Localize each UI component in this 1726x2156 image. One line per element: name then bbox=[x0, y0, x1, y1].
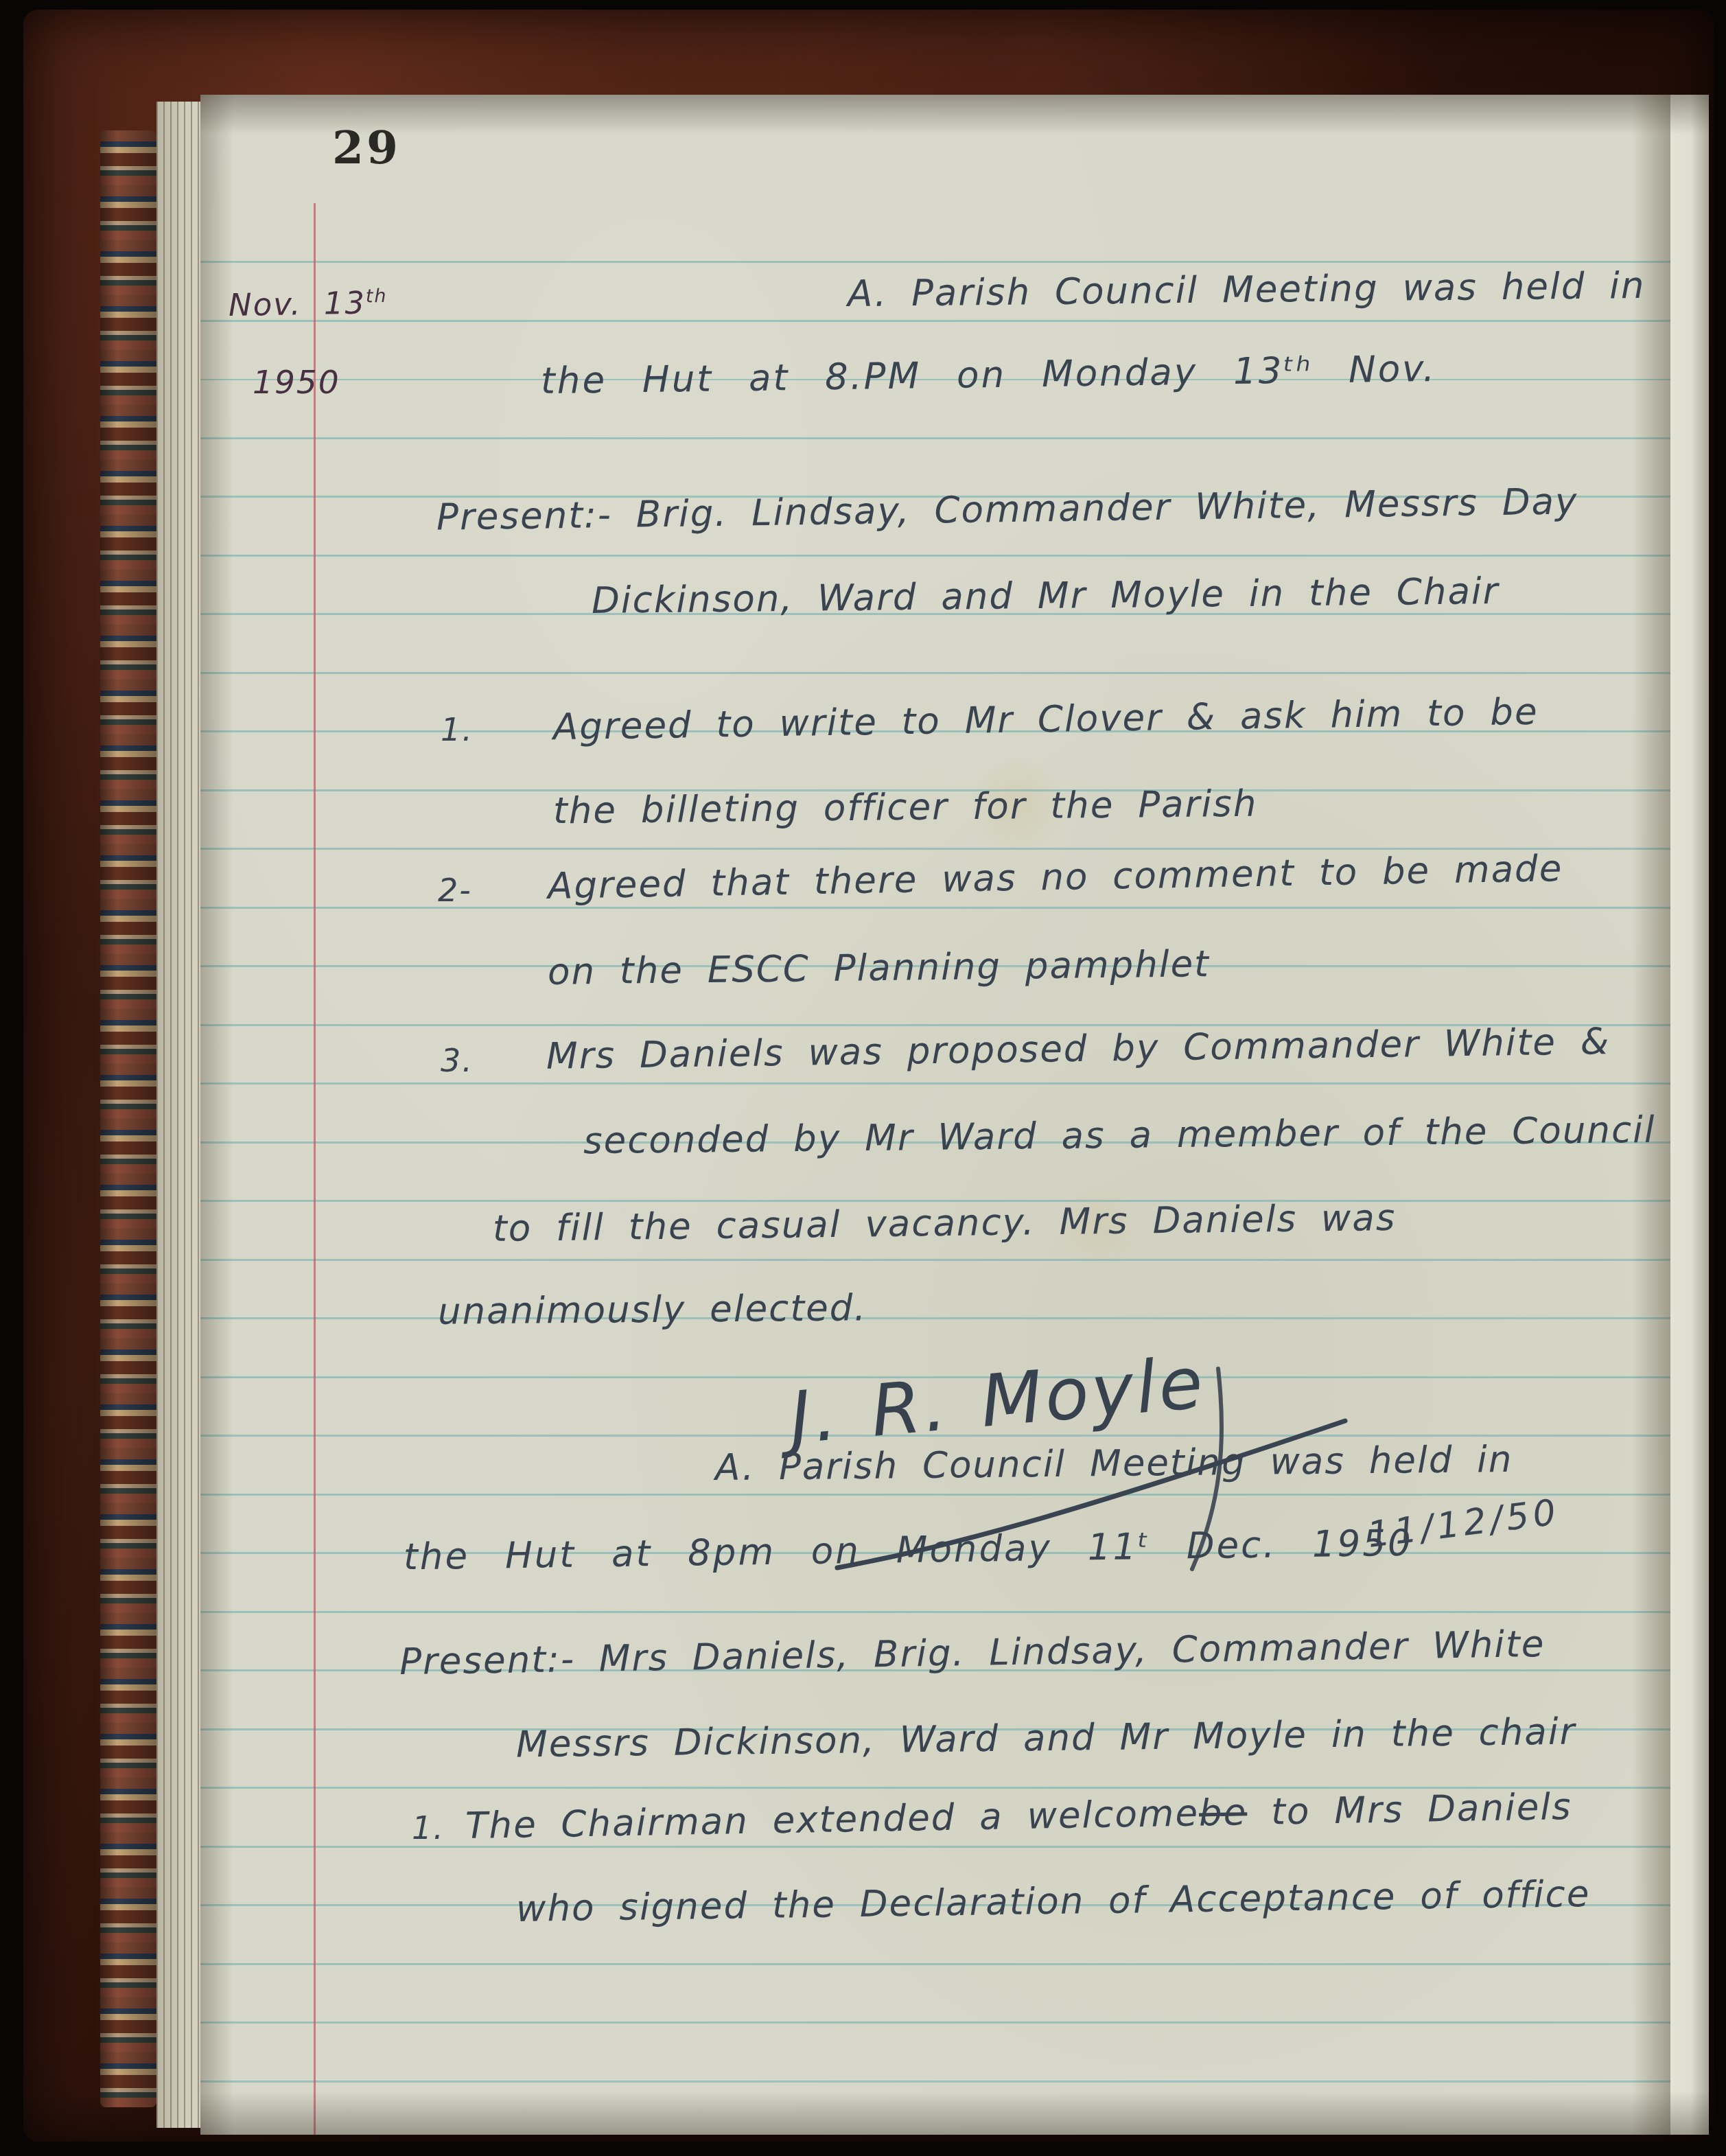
meeting1-item3-line2: seconded by Mr Ward as a member of the C… bbox=[583, 1112, 1656, 1159]
page-number: 29 bbox=[332, 121, 401, 174]
meeting2-item1-line1-post: to Mrs Daniels bbox=[1247, 1786, 1572, 1833]
margin-rule bbox=[314, 203, 316, 2135]
margin-date-suffix: th bbox=[366, 286, 388, 308]
meeting1-present-line2: Dickinson, Ward and Mr Moyle in the Chai… bbox=[592, 573, 1500, 619]
meeting1-item2-number: 2- bbox=[438, 874, 472, 906]
meeting1-item3-line3: to fill the casual vacancy. Mrs Daniels … bbox=[493, 1200, 1397, 1247]
margin-date: Nov. 13th bbox=[229, 287, 388, 321]
meeting1-item1-number: 1. bbox=[441, 714, 474, 745]
facing-page-sliver bbox=[1670, 95, 1709, 2135]
marbled-page-edges bbox=[100, 130, 156, 2107]
page-stack-edges bbox=[156, 102, 202, 2128]
minute-book-photo: 29 Nov. 13th 1950 A. Parish Council Meet… bbox=[0, 0, 1726, 2156]
meeting2-item1-number: 1. bbox=[412, 1812, 445, 1844]
meeting1-item3-line4: unanimously elected. bbox=[438, 1290, 867, 1330]
meeting2-item1-line1-struck: be bbox=[1198, 1792, 1247, 1834]
meeting1-item2-line2: on the ESCC Planning pamphlet bbox=[548, 946, 1211, 990]
margin-date-day: Nov. 13 bbox=[229, 285, 366, 323]
margin-date-year: 1950 bbox=[253, 367, 340, 399]
meeting1-heading-line1: A. Parish Council Meeting was held in bbox=[848, 268, 1646, 312]
meeting1-item1-line2: the billeting officer for the Parish bbox=[553, 786, 1258, 830]
meeting1-item3-number: 3. bbox=[441, 1045, 474, 1076]
meeting2-heading-line1: A. Parish Council Meeting was held in bbox=[715, 1441, 1513, 1486]
